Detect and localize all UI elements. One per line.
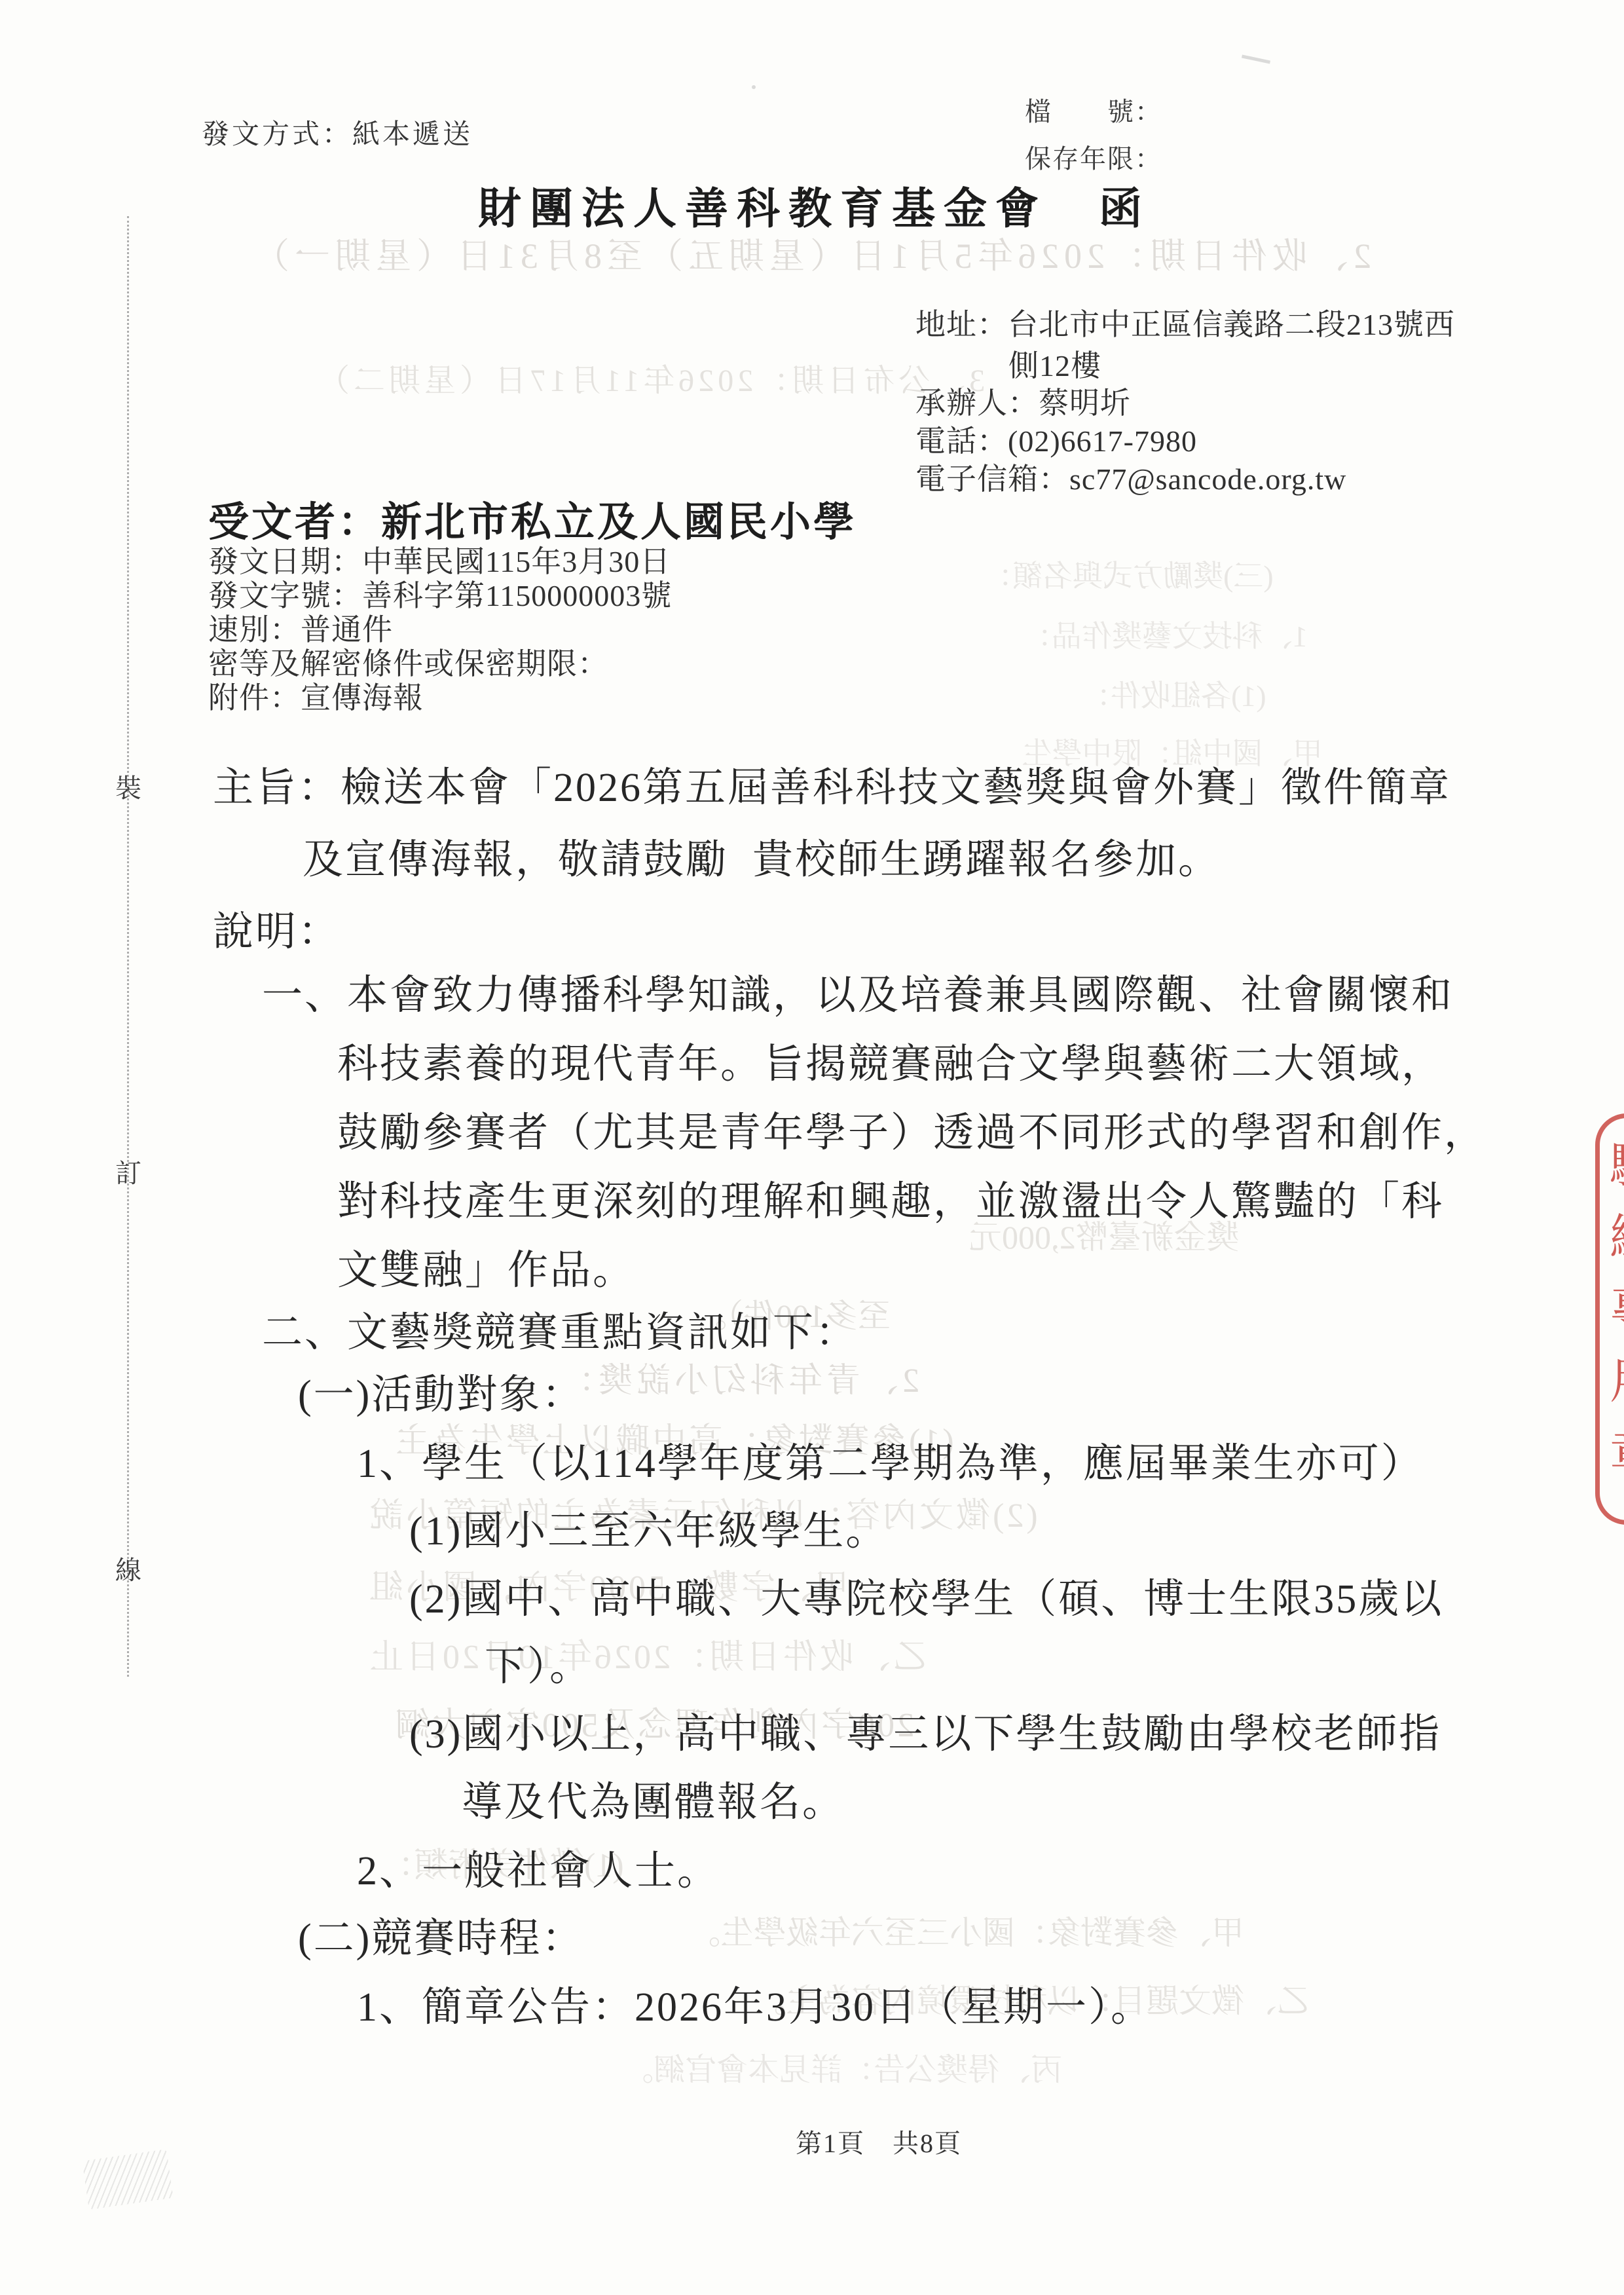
bleedthrough-text: 乙、收件日期：2026年10月20日止 <box>367 1639 927 1676</box>
scanned-letter-page: 2、收件日期：2026年5月1日（星期五）至8月31日（星期一） 3、公布日期：… <box>0 0 1624 2295</box>
body-line: (1)國小三至六年級學生。 <box>409 1508 888 1555</box>
cross-page-seal-stamp: 騎縫專用章 <box>1595 1113 1624 1525</box>
body-line: 1、簡章公告：2026年3月30日（星期一）。 <box>357 1985 1153 2031</box>
retention-period-label: 保存年限： <box>1025 144 1162 174</box>
delivery-method-label: 發文方式：紙本遞送 <box>202 119 473 151</box>
body-line: 文雙融」作品。 <box>337 1248 635 1294</box>
meta-line-date: 發文日期：中華民國115年3月30日 <box>208 545 671 580</box>
body-line: (3)國小以上，高中職、專三以下學生鼓勵由學校老師指 <box>409 1711 1441 1758</box>
body-line: (2)國中、高中職、大專院校學生（碩、博士生限35歲以 <box>409 1577 1443 1623</box>
binding-mark-xian: 線 <box>113 1550 144 1587</box>
meta-line-speed: 速別：普通件 <box>208 613 393 648</box>
subject-line: 主旨：檢送本會「2026第五屆善科科技文藝獎與會外賽」徵件簡章 <box>213 765 1451 812</box>
body-line: 二、文藝獎競賽重點資訊如下： <box>262 1310 858 1356</box>
file-number-label: 檔 號： <box>1025 97 1162 127</box>
body-line: (二)競賽時程： <box>298 1916 584 1962</box>
sender-email: 電子信箱：sc77@sancode.org.tw <box>915 462 1346 497</box>
bleedthrough-text: 1、科技文藝獎作品： <box>1022 620 1308 654</box>
recipient-line: 受文者：新北市私立及人國民小學 <box>208 500 857 546</box>
bleedthrough-text: 甲、參賽對象：國小三至六年級學生。 <box>688 1915 1244 1951</box>
body-line: 1、學生（以114學年度第二學期為準，應屆畢業生亦可） <box>357 1441 1424 1487</box>
body-line: 科技素養的現代青年。旨揭競賽融合文學與藝術二大領域， <box>337 1041 1444 1088</box>
body-line: 2、一般社會人士。 <box>357 1848 720 1895</box>
binding-dotted-line <box>127 216 129 1677</box>
body-line: 一、本會致力傳播科學知識，以及培養兼具國際觀、社會關懷和 <box>262 973 1454 1019</box>
scan-smudge <box>82 2149 173 2209</box>
bleedthrough-text: 2、青年科幻小說獎： <box>557 1362 919 1400</box>
body-line: 鼓勵參賽者（尤其是青年學子）透過不同形式的學習和創作， <box>337 1110 1486 1157</box>
body-line: (一)活動對象： <box>298 1372 584 1419</box>
body-line: 對科技產生更深刻的理解和興趣，並激盪出令人驚豔的「科 <box>337 1179 1444 1225</box>
sender-contact-person: 承辦人：蔡明圻 <box>915 386 1131 421</box>
body-line: 導及代為團體報名。 <box>462 1780 845 1826</box>
bleedthrough-text: 丙、得獎公告：詳見本會官網。 <box>622 2053 1062 2088</box>
explanation-label: 說明： <box>213 909 341 956</box>
document-title: 財團法人善科教育基金會 函 <box>478 185 1151 234</box>
sender-phone: 電話：(02)6617-7980 <box>915 424 1197 459</box>
bleedthrough-text: (三)獎勵方式與名額： <box>982 560 1274 593</box>
subject-line-continuation: 及宣傳海報，敬請鼓勵 貴校師生踴躍報名參加。 <box>303 837 1221 884</box>
meta-line-doc-number: 發文字號：善科字第1150000003號 <box>208 579 672 614</box>
bleedthrough-text: (1)各組收件： <box>1080 680 1266 713</box>
bleedthrough-text: 3、公布日期：2026年11月17日（星期二） <box>314 364 985 399</box>
sender-address-line2: 側12樓 <box>1008 349 1101 384</box>
binding-mark-zhuang: 裝 <box>113 768 144 805</box>
page-number-footer: 第1頁 共8頁 <box>796 2129 962 2159</box>
meta-line-attachment: 附件：宣傳海報 <box>208 681 424 716</box>
binding-mark-ding: 訂 <box>113 1153 144 1190</box>
scan-speck <box>752 85 756 89</box>
sender-address-line1: 地址：台北市中正區信義路二段213號西 <box>915 308 1455 343</box>
bleedthrough-text: 2、收件日期：2026年5月1日（星期五）至8月31日（星期一） <box>249 237 1371 276</box>
meta-line-security: 密等及解密條件或保密期限： <box>208 647 608 682</box>
scan-speck <box>1242 54 1270 64</box>
body-line: 下）。 <box>485 1644 592 1690</box>
stamp-text: 騎縫專用章 <box>1605 1118 1624 1520</box>
